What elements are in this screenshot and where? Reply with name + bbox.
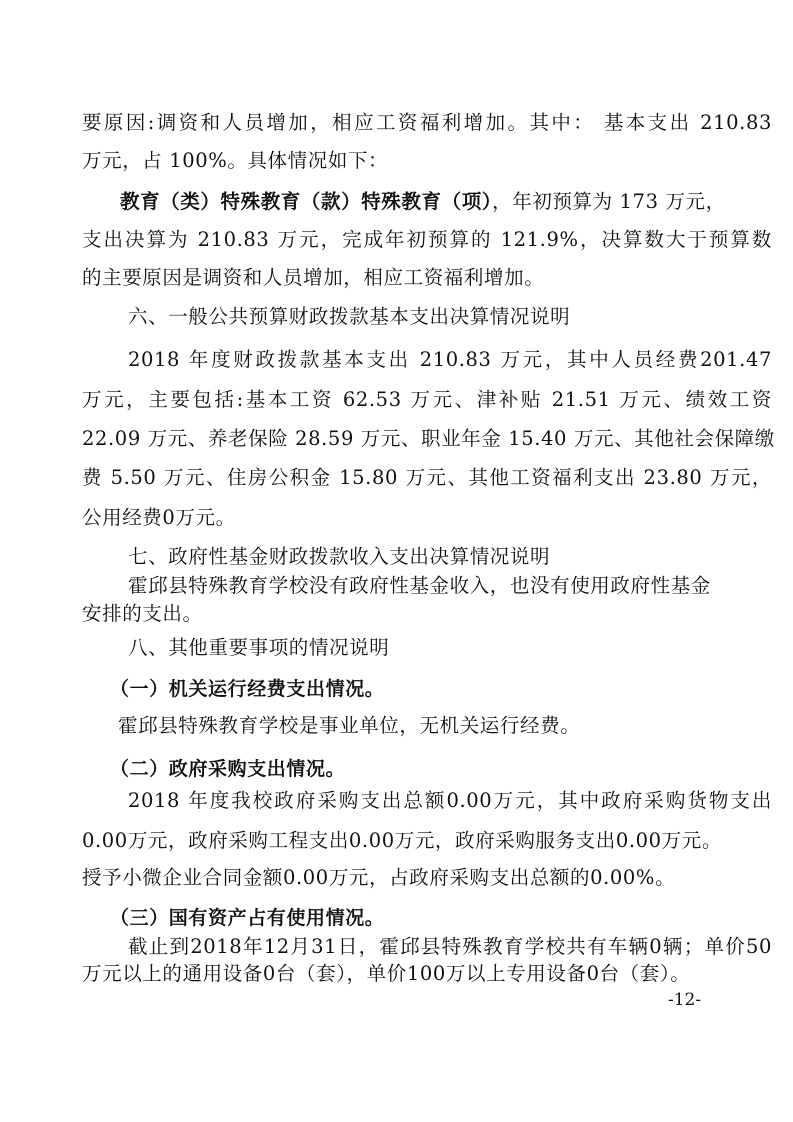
intro-line-2: 万元，占 100%。具体情况如下： <box>82 149 772 173</box>
section-6-heading: 六、一般公共预算财政拨款基本支出决算情况说明 <box>128 305 793 329</box>
section-7-line-1: 霍邱县特殊教育学校没有政府性基金收入，也没有使用政府性基金 <box>128 574 793 598</box>
section-6-line-5: 公用经费0万元。 <box>82 506 772 530</box>
section-8-heading: 八、其他重要事项的情况说明 <box>128 636 793 660</box>
document-page: 要原因:调资和人员增加，相应工资福利增加。其中： 基本支出 210.83 万元，… <box>0 0 793 1122</box>
page-number: -12- <box>668 990 701 1010</box>
subsection-1-line-1: 霍邱县特殊教育学校是事业单位，无机关运行经费。 <box>118 714 793 738</box>
subsection-3-line-2: 万元以上的通用设备0台（套），单价100万以上专用设备0台（套）。 <box>82 962 772 986</box>
section-6-line-1: 2018 年度财政拨款基本支出 210.83 万元，其中人员经费201.47 <box>128 348 772 372</box>
education-item-label: 教育（类）特殊教育（款）特殊教育（项） <box>120 190 492 213</box>
education-item-budget: ，年初预算为 173 万元， <box>492 190 726 213</box>
subsection-2-heading: （二）政府采购支出情况。 <box>110 757 793 781</box>
subsection-2-line-3: 授予小微企业合同金额0.00万元，占政府采购支出总额的0.00%。 <box>82 866 772 890</box>
subsection-3-heading: （三）国有资产占有使用情况。 <box>110 906 793 930</box>
education-item-line-1: 教育（类）特殊教育（款）特殊教育（项），年初预算为 173 万元， <box>120 190 772 214</box>
section-6-line-4: 费 5.50 万元、住房公积金 15.80 万元、其他工资福利支出 23.80 … <box>82 466 772 490</box>
section-6-line-2: 万元，主要包括:基本工资 62.53 万元、津补贴 21.51 万元、绩效工资 <box>82 388 772 412</box>
education-item-line-3: 的主要原因是调资和人员增加，相应工资福利增加。 <box>82 266 772 290</box>
education-item-line-2: 支出决算为 210.83 万元，完成年初预算的 121.9%，决算数大于预算数 <box>82 228 772 252</box>
subsection-2-line-1: 2018 年度我校政府采购支出总额0.00万元，其中政府采购货物支出 <box>128 789 772 813</box>
section-6-line-3: 22.09 万元、养老保险 28.59 万元、职业年金 15.40 万元、其他社… <box>82 427 772 451</box>
section-7-line-2: 安排的支出。 <box>82 602 772 626</box>
section-7-heading: 七、政府性基金财政拨款收入支出决算情况说明 <box>128 545 793 569</box>
intro-line-1: 要原因:调资和人员增加，相应工资福利增加。其中： 基本支出 210.83 <box>82 111 772 135</box>
subsection-2-line-2: 0.00万元，政府采购工程支出0.00万元，政府采购服务支出0.00万元。 <box>82 829 772 853</box>
subsection-1-heading: （一）机关运行经费支出情况。 <box>110 677 793 701</box>
subsection-3-line-1: 截止到2018年12月31日，霍邱县特殊教育学校共有车辆0辆；单价50 <box>128 935 772 959</box>
